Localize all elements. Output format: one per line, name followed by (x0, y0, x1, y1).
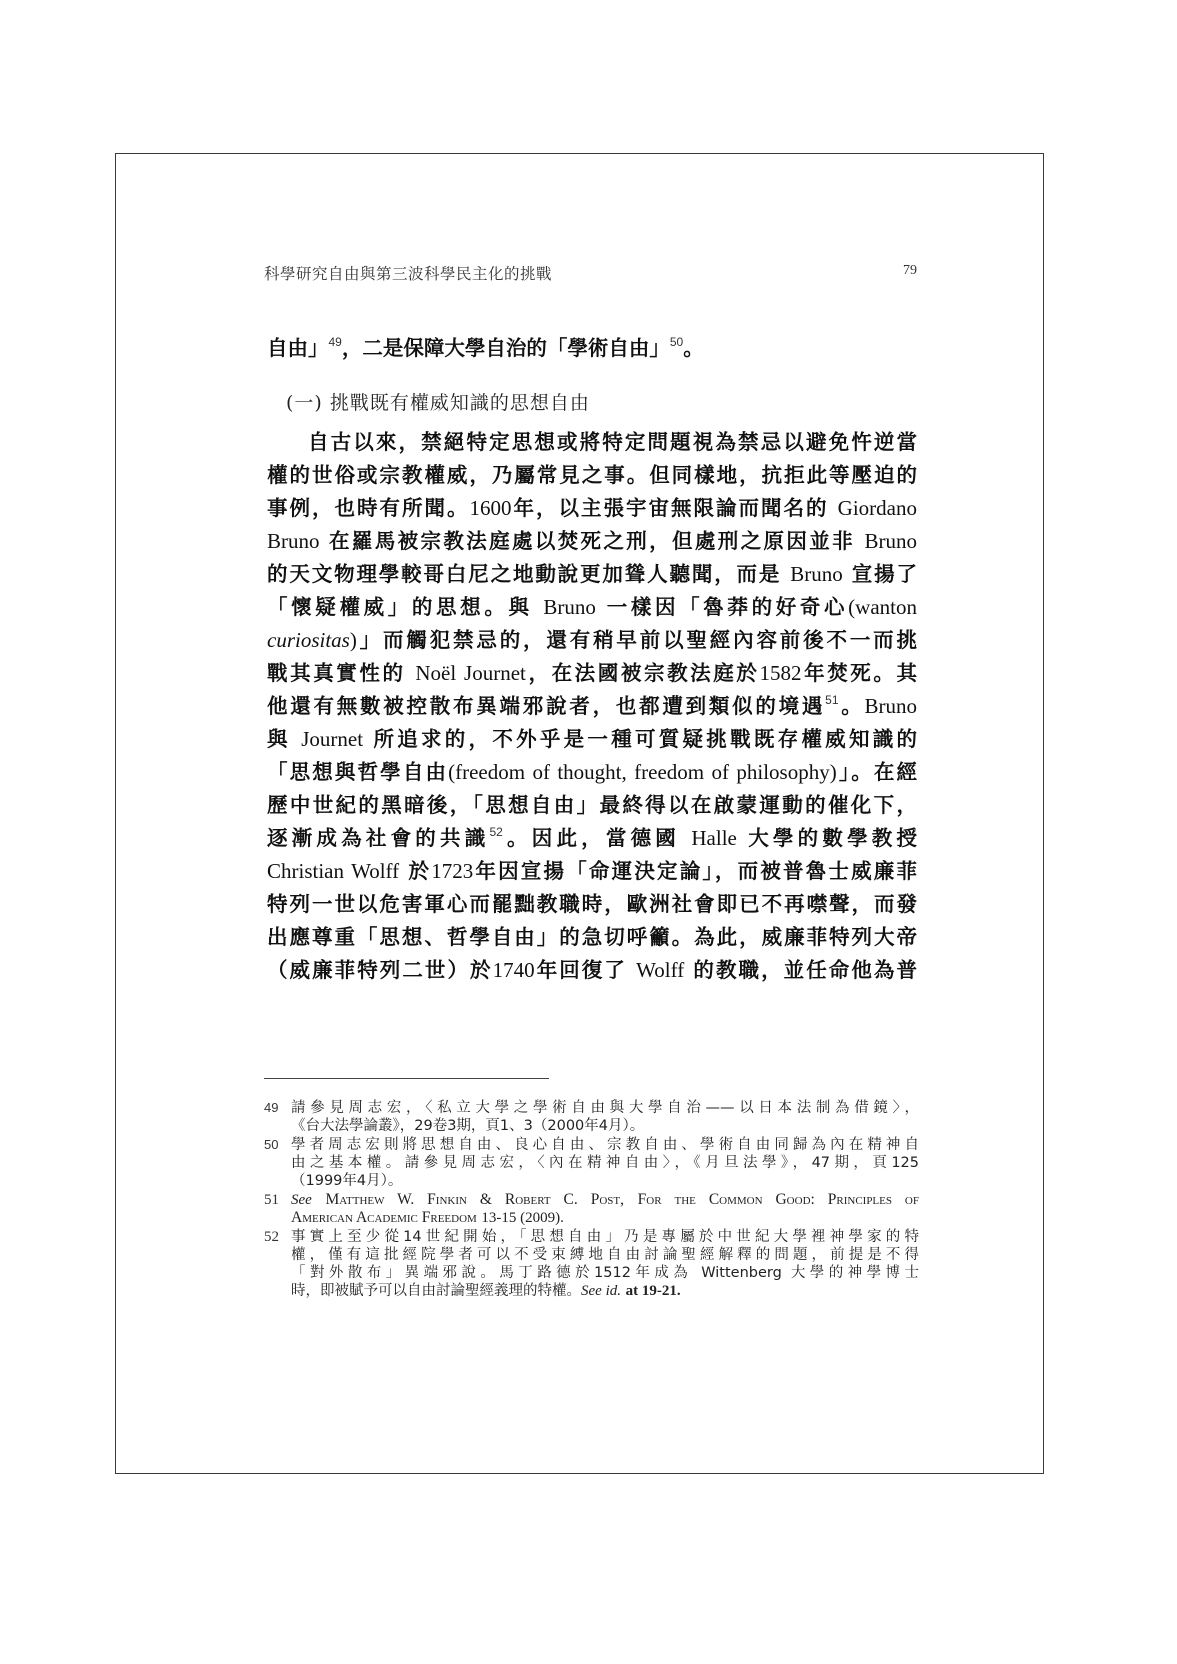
latin-text: (wanton (848, 595, 917, 619)
latin-text: Bruno (543, 595, 596, 619)
chinese-text: 於 (399, 859, 431, 883)
footnote-52: 52 事實上至少從14世紀開始，「思想自由」乃是專屬於中世紀大學裡神學家的特 權… (264, 1228, 919, 1300)
latin-italic-text: curiositas (267, 628, 350, 652)
chinese-text: 事例，也時有所聞。 (267, 496, 470, 520)
latin-text: 1723 (431, 859, 473, 883)
chinese-text: 年回復了 (535, 958, 637, 982)
section-subheading: (一) 挑戰既有權威知識的思想自由 (267, 380, 917, 426)
latin-text: 1600 (470, 496, 512, 520)
latin-text: Giordano (838, 496, 917, 520)
latin-text: Noël Journet (415, 661, 526, 685)
running-head: 科學研究自由與第三波科學民主化的挑戰 (264, 262, 552, 284)
paragraph-line: 戰其真實性的 Noël Journet，在法國被宗教法庭於1582年焚死。其 (267, 657, 917, 690)
footnote-line: 學者周志宏則將思想自由、良心自由、宗教自由、學術自由同歸為內在精神自 (291, 1136, 919, 1154)
paragraph-line: Christian Wolff 於1723年因宣揚「命運決定論」，而被普魯士威廉… (267, 855, 917, 888)
footnote-51: 51 See Matthew W. Finkin & Robert C. Pos… (264, 1191, 919, 1227)
footnote-line: 由之基本權。請參見周志宏，〈內在精神自由〉，《月旦法學》，47期，頁125 (291, 1154, 919, 1172)
chinese-text: 一樣因「魯莽的好奇心 (596, 595, 848, 619)
footnote-line: 事實上至少從14世紀開始，「思想自由」乃是專屬於中世紀大學裡神學家的特 (291, 1228, 919, 1246)
paragraph-line: 權的世俗或宗教權威，乃屬常見之事。但同樣地，抗拒此等壓迫的 (267, 459, 917, 492)
footnote-ref-50[interactable]: 50 (670, 335, 683, 349)
chinese-text: 所追求的，不外乎是一種可質疑挑戰既存權威知識的 (363, 727, 917, 751)
latin-text: Bruno (790, 562, 843, 586)
chinese-text: 與 (267, 727, 301, 751)
chinese-text: 戰其真實性的 (267, 661, 415, 685)
footnote-ref-52[interactable]: 52 (489, 825, 502, 839)
citation-title: For the Common Good: Principles of (638, 1191, 919, 1208)
latin-text: (freedom of thought, freedom of philosop… (448, 760, 837, 784)
footnote-separator (264, 1078, 549, 1079)
footnote-text: 時，即被賦予可以自由討論聖經義理的特權。 (291, 1283, 581, 1299)
opening-text-b: ，二是保障大學自治的「學術自由」 (342, 336, 670, 360)
footnote-line: 請參見周志宏，〈私立大學之學術自由與大學自治——以日本法制為借鏡〉， (291, 1099, 919, 1117)
footnote-line: 權，僅有這批經院學者可以不受束縛地自由討論聖經解釋的問題，前提是不得 (291, 1246, 919, 1264)
paragraph-line: 逐漸成為社會的共識52。因此，當德國 Halle 大學的數學教授 (267, 822, 917, 855)
footnote-ref-51[interactable]: 51 (825, 693, 838, 707)
page-number: 79 (903, 263, 917, 279)
chinese-text: 特列一世以危害軍心而罷黜教職時，歐洲社會即已不再噤聲，而發 (267, 892, 917, 916)
citation-title-cont: American Academic Freedom (291, 1209, 477, 1226)
latin-text: 1740 (493, 958, 535, 982)
chinese-text: 年，以主張宇宙無限論而聞名的 (512, 496, 838, 520)
paragraph-line: 歷中世紀的黑暗後，「思想自由」最終得以在啟蒙運動的催化下， (267, 789, 917, 822)
chinese-text: 「思想與哲學自由 (267, 760, 448, 784)
paragraph-line: 特列一世以危害軍心而罷黜教職時，歐洲社會即已不再噤聲，而發 (267, 888, 917, 921)
chinese-text: 」而觸犯禁忌的，還有稍早前以聖經內容前後不一而挑 (357, 628, 917, 652)
footnote-49: 49 請參見周志宏，〈私立大學之學術自由與大學自治——以日本法制為借鏡〉， 《台… (264, 1099, 919, 1135)
chinese-text: （威廉菲特列二世）於 (267, 958, 493, 982)
chinese-text: ，在法國被宗教法庭於 (526, 661, 760, 685)
opening-text-c: 。 (683, 336, 704, 360)
chinese-text: 大學的數學教授 (737, 826, 917, 850)
paragraph-line: 的天文物理學較哥白尼之地動說更加聳人聽聞，而是 Bruno 宣揚了 (267, 558, 917, 591)
footnote-line: 《台大法學論叢》，29卷3期，頁1、3（2000年4月）。 (291, 1117, 919, 1135)
latin-text: 1582 (759, 661, 801, 685)
chinese-text: 「懷疑權威」的思想。與 (267, 595, 543, 619)
chinese-text: 權的世俗或宗教權威，乃屬常見之事。但同樣地，抗拒此等壓迫的 (267, 463, 917, 487)
latin-text: Bruno (865, 529, 918, 553)
chinese-text: 出應尊重「思想、哲學自由」的急切呼籲。為此，威廉菲特列大帝 (267, 925, 917, 949)
footnote-line: See Matthew W. Finkin & Robert C. Post, … (291, 1191, 919, 1209)
body-text: 自由」49，二是保障大學自治的「學術自由」50。 (一) 挑戰既有權威知識的思想… (267, 330, 917, 987)
paragraph: 自古以來，禁絕特定思想或將特定問題視為禁忌以避免忤逆當權的世俗或宗教權威，乃屬常… (267, 426, 917, 987)
footnote-number: 50 (264, 1136, 278, 1154)
footnote-number: 49 (264, 1099, 278, 1117)
paragraph-line: （威廉菲特列二世）於1740年回復了 Wolff 的教職，並任命他為普 (267, 954, 917, 987)
latin-text: Wolff (636, 958, 684, 982)
chinese-text: 逐漸成為社會的共識 (267, 826, 489, 850)
latin-text: Bruno (267, 529, 320, 553)
chinese-text: 。因此，當德國 (503, 826, 692, 850)
paragraph-line: Bruno 在羅馬被宗教法庭處以焚死之刑，但處刑之原因並非 Bruno (267, 525, 917, 558)
citation-pages: 13-15 (2009). (481, 1210, 564, 1226)
chinese-text: 年焚死。其 (801, 661, 917, 685)
paragraph-line: 「懷疑權威」的思想。與 Bruno 一樣因「魯莽的好奇心(wanton (267, 591, 917, 624)
paragraph-line: 「思想與哲學自由(freedom of thought, freedom of … (267, 756, 917, 789)
chinese-text: 宣揚了 (843, 562, 917, 586)
latin-text: Bruno (865, 694, 918, 718)
footnote-number: 51 (264, 1191, 279, 1209)
paragraph-line: curiositas)」而觸犯禁忌的，還有稍早前以聖經內容前後不一而挑 (267, 624, 917, 657)
paragraph-line: 事例，也時有所聞。1600年，以主張宇宙無限論而聞名的 Giordano (267, 492, 917, 525)
footnote-number: 52 (264, 1228, 279, 1246)
paragraph-line: 自古以來，禁絕特定思想或將特定問題視為禁忌以避免忤逆當 (267, 426, 917, 459)
citation-signal: See id. (581, 1283, 621, 1299)
footnotes: 49 請參見周志宏，〈私立大學之學術自由與大學自治——以日本法制為借鏡〉， 《台… (264, 1099, 919, 1301)
citation-pages: at 19-21. (626, 1283, 681, 1299)
chinese-text: 的教職，並任命他為普 (684, 958, 917, 982)
citation-signal: See (291, 1192, 312, 1208)
footnote-line: 時，即被賦予可以自由討論聖經義理的特權。See id. at 19-21. (291, 1282, 919, 1300)
chinese-text: 歷中世紀的黑暗後，「思想自由」最終得以在啟蒙運動的催化下， (267, 793, 917, 817)
footnote-line: 「對外散布」異端邪說。馬丁路德於1512年成為 Wittenberg 大學的神學… (291, 1264, 919, 1282)
footnote-line: American Academic Freedom 13-15 (2009). (291, 1209, 919, 1227)
chinese-text: 年因宣揚「命運決定論」，而被普魯士威廉菲 (473, 859, 917, 883)
chinese-text: 在羅馬被宗教法庭處以焚死之刑，但處刑之原因並非 (320, 529, 865, 553)
chinese-text: 。 (839, 694, 865, 718)
latin-text: Halle (691, 826, 736, 850)
paragraph-line: 與 Journet 所追求的，不外乎是一種可質疑挑戰既存權威知識的 (267, 723, 917, 756)
chinese-text: 他還有無數被控散布異端邪說者，也都遭到類似的境遇 (267, 694, 825, 718)
latin-text: ) (350, 628, 357, 652)
paragraph-line: 他還有無數被控散布異端邪說者，也都遭到類似的境遇51。Bruno (267, 690, 917, 723)
citation-authors: Matthew W. Finkin & Robert C. Post, (326, 1191, 624, 1208)
chinese-text: 自古以來，禁絕特定思想或將特定問題視為禁忌以避免忤逆當 (308, 430, 917, 454)
footnote-ref-49[interactable]: 49 (329, 335, 342, 349)
footnote-line: （1999年4月）。 (291, 1172, 919, 1190)
latin-text: Journet (301, 727, 363, 751)
chinese-text: 」。在經 (837, 760, 917, 784)
opening-line: 自由」49，二是保障大學自治的「學術自由」50。 (267, 330, 917, 366)
chinese-text: 的天文物理學較哥白尼之地動說更加聳人聽聞，而是 (267, 562, 790, 586)
footnote-50: 50 學者周志宏則將思想自由、良心自由、宗教自由、學術自由同歸為內在精神自 由之… (264, 1136, 919, 1190)
opening-text-a: 自由」 (267, 336, 329, 360)
latin-text: Christian Wolff (267, 859, 399, 883)
paragraph-line: 出應尊重「思想、哲學自由」的急切呼籲。為此，威廉菲特列大帝 (267, 921, 917, 954)
